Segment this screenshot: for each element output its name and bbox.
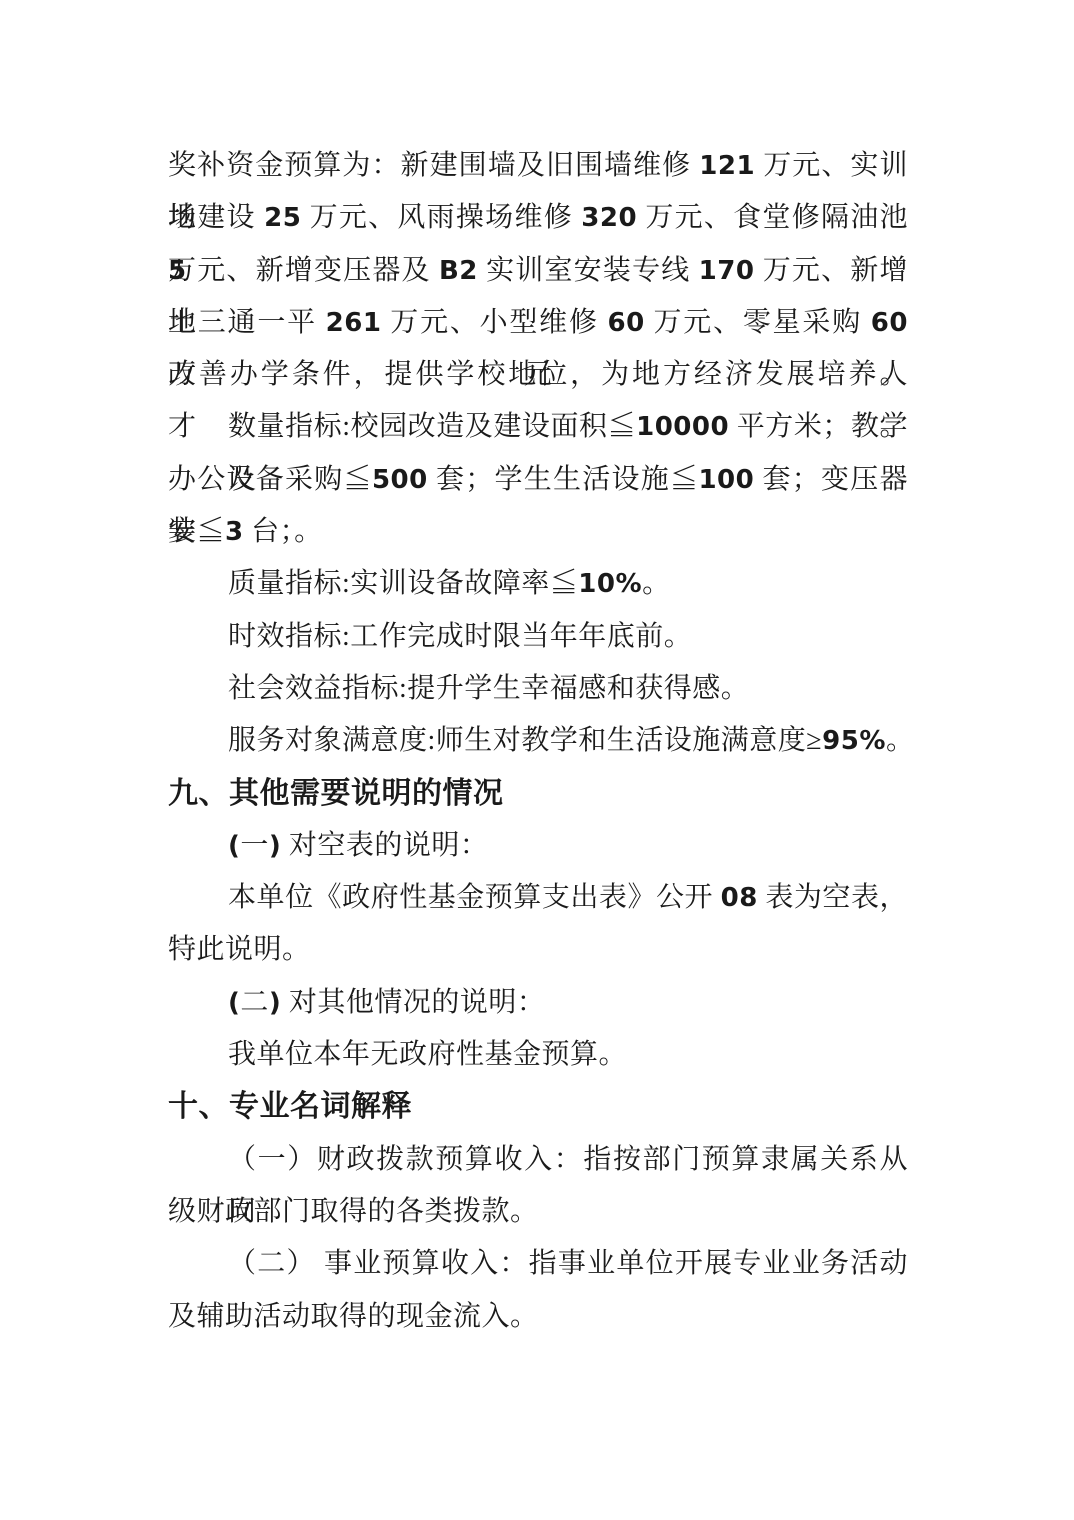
text-line: 装≦3 台；。 (168, 506, 908, 558)
text-line: 地三通一平 261 万元、小型维修 60 万元、零星采购 60 万元。 (168, 297, 908, 349)
text-line: 及辅助活动取得的现金流入。 (168, 1291, 908, 1343)
section-heading-10: 十、专业名词解释 (168, 1081, 908, 1133)
text-line: （二） 事业预算收入：指事业单位开展专业业务活动 (168, 1238, 908, 1290)
text-line: 地建设 25 万元、风雨操场维修 320 万元、食堂修隔油池 5 (168, 192, 908, 244)
text-line: (二) 对其他情况的说明： (168, 977, 908, 1029)
section-heading-9: 九、其他需要说明的情况 (168, 768, 908, 820)
text-line: （一）财政拨款预算收入：指按部门预算隶属关系从同 (168, 1134, 908, 1186)
text-line: (一) 对空表的说明： (168, 820, 908, 872)
text-line: 改善办学条件，提供学校地位，为地方经济发展培养人才。 (168, 349, 908, 401)
text-line: 办公设备采购≦500 套；学生生活设施≦100 套；变压器安 (168, 454, 908, 506)
text-line: 社会效益指标:提升学生幸福感和获得感。 (168, 663, 908, 715)
text-line: 万元、新增变压器及 B2 实训室安装专线 170 万元、新增土 (168, 245, 908, 297)
document-page: 奖补资金预算为：新建围墙及旧围墙维修 121 万元、实训场 地建设 25 万元、… (0, 0, 1074, 1520)
text-line: 数量指标:校园改造及建设面积≦10000 平方米；教学及 (168, 401, 908, 453)
text-line: 服务对象满意度:师生对教学和生活设施满意度≥95%。 (168, 715, 908, 767)
text-line: 质量指标:实训设备故障率≦10%。 (168, 558, 908, 610)
text-line: 特此说明。 (168, 924, 908, 976)
text-line: 我单位本年无政府性基金预算。 (168, 1029, 908, 1081)
text-line: 奖补资金预算为：新建围墙及旧围墙维修 121 万元、实训场 (168, 140, 908, 192)
text-line: 时效指标:工作完成时限当年年底前。 (168, 611, 908, 663)
text-line: 本单位《政府性基金预算支出表》公开 08 表为空表， (168, 872, 908, 924)
text-line: 级财政部门取得的各类拨款。 (168, 1186, 908, 1238)
